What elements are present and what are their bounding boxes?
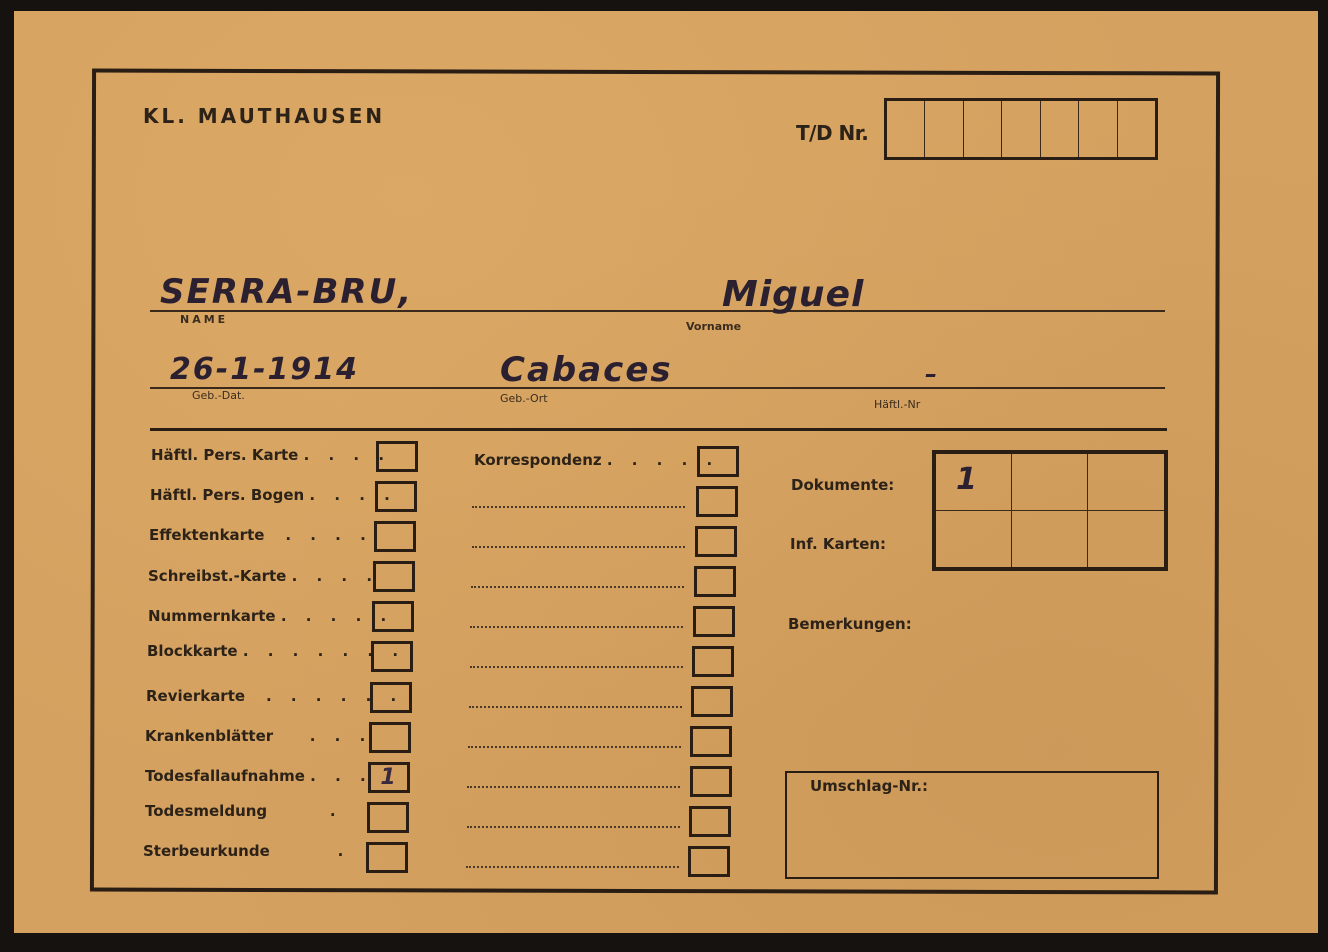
camp-title: KL. MAUTHAUSEN (143, 104, 385, 128)
checkbox-blank[interactable] (690, 726, 732, 757)
checkbox-effektenkarte[interactable] (374, 521, 416, 552)
td-digit-cell[interactable] (964, 101, 1002, 157)
checklist-label: Effektenkarte . . . . (149, 526, 373, 544)
checkbox-blank[interactable] (690, 766, 732, 797)
bemerkungen-field[interactable] (790, 640, 1150, 750)
blank-entry-line[interactable] (467, 826, 680, 828)
inf-karten-label: Inf. Karten: (790, 535, 886, 553)
checkbox-blank[interactable] (695, 526, 737, 557)
checkbox-korrespondenz[interactable] (697, 446, 739, 477)
name-label: NAME (180, 313, 228, 326)
checklist-label: Blockkarte . . . . . . . (147, 642, 405, 660)
checkbox-blank[interactable] (692, 646, 734, 677)
blank-entry-line[interactable] (471, 586, 684, 588)
checklist-label: Krankenblätter . . . (145, 727, 372, 745)
inf-karten-cell[interactable] (1012, 511, 1088, 568)
checkbox-nummernkarte[interactable] (372, 601, 414, 632)
td-digit-cell[interactable] (1118, 101, 1155, 157)
checkbox-blank[interactable] (691, 686, 733, 717)
checkbox-krankenblaetter[interactable] (369, 722, 411, 753)
checkbox-blank[interactable] (694, 566, 736, 597)
checklist-label: Nummernkarte . . . . . (148, 607, 393, 625)
dokumente-cell[interactable] (1088, 454, 1164, 511)
checklist-label: Häftl. Pers. Karte . . . . (151, 446, 391, 464)
blank-entry-line[interactable] (467, 786, 680, 788)
checkbox-revierkarte[interactable] (370, 682, 412, 713)
checkbox-haeftl-pers-karte[interactable] (376, 441, 418, 472)
umschlag-box[interactable]: Umschlag-Nr.: (785, 771, 1159, 879)
inf-karten-cell[interactable] (1088, 511, 1164, 568)
checkbox-blank[interactable] (688, 846, 730, 877)
umschlag-label: Umschlag-Nr.: (810, 777, 928, 795)
birthdate-value[interactable]: 26-1-1914 (170, 352, 359, 387)
birthplace-value[interactable]: Cabaces (500, 350, 673, 390)
checkbox-todesmeldung[interactable] (367, 802, 409, 833)
checkbox-blank[interactable] (689, 806, 731, 837)
section-divider (150, 428, 1167, 431)
checklist-label: Schreibst.-Karte . . . . (148, 567, 379, 585)
dokumente-cell[interactable]: 1 (936, 454, 1012, 511)
birthplace-label: Geb.-Ort (500, 392, 548, 405)
td-digit-cell[interactable] (887, 101, 925, 157)
checkbox-blank[interactable] (696, 486, 738, 517)
birthdate-label: Geb.-Dat. (192, 389, 245, 402)
td-digit-cell[interactable] (1079, 101, 1117, 157)
dokumente-label: Dokumente: (791, 476, 894, 494)
surname-value[interactable]: SERRA-BRU, (160, 272, 413, 312)
umschlag-value[interactable] (810, 803, 1147, 867)
dokumente-cell[interactable] (1012, 454, 1088, 511)
checklist-label: Revierkarte . . . . . . (146, 687, 403, 705)
dokumente-grid: 1 (932, 450, 1168, 571)
checkbox-schreibst-karte[interactable] (373, 561, 415, 592)
td-digit-cell[interactable] (1002, 101, 1040, 157)
checklist-label: Todesfallaufnahme . . . (145, 767, 373, 785)
checkbox-haeftl-pers-bogen[interactable] (375, 481, 417, 512)
prisoner-number-label: Häftl.-Nr (874, 398, 920, 411)
checklist-label: Korrespondenz . . . . . (474, 451, 719, 469)
blank-entry-line[interactable] (466, 866, 679, 868)
inf-karten-cell[interactable] (936, 511, 1012, 568)
checklist-label: Todesmeldung . (145, 802, 343, 820)
name-underline (150, 310, 1165, 312)
blank-entry-line[interactable] (472, 546, 685, 548)
td-digit-cell[interactable] (925, 101, 963, 157)
checkbox-sterbeurkunde[interactable] (366, 842, 408, 873)
td-number-label: T/D Nr. (796, 121, 868, 145)
checklist-label: Sterbeurkunde . (143, 842, 350, 860)
firstname-label: Vorname (686, 320, 741, 333)
firstname-value[interactable]: Miguel (722, 274, 864, 315)
birth-underline (150, 387, 1165, 389)
checkbox-todesfallaufnahme[interactable]: 1 (368, 762, 410, 793)
prisoner-number-value[interactable]: – (925, 360, 939, 388)
blank-entry-line[interactable] (470, 626, 683, 628)
blank-entry-line[interactable] (468, 746, 681, 748)
blank-entry-line[interactable] (472, 506, 685, 508)
bemerkungen-label: Bemerkungen: (788, 615, 912, 633)
checkbox-blockkarte[interactable] (371, 641, 413, 672)
td-digit-cell[interactable] (1041, 101, 1079, 157)
checklist-label: Häftl. Pers. Bogen . . . . (150, 486, 397, 504)
blank-entry-line[interactable] (469, 706, 682, 708)
checkbox-blank[interactable] (693, 606, 735, 637)
td-number-field[interactable] (884, 98, 1158, 160)
blank-entry-line[interactable] (470, 666, 683, 668)
